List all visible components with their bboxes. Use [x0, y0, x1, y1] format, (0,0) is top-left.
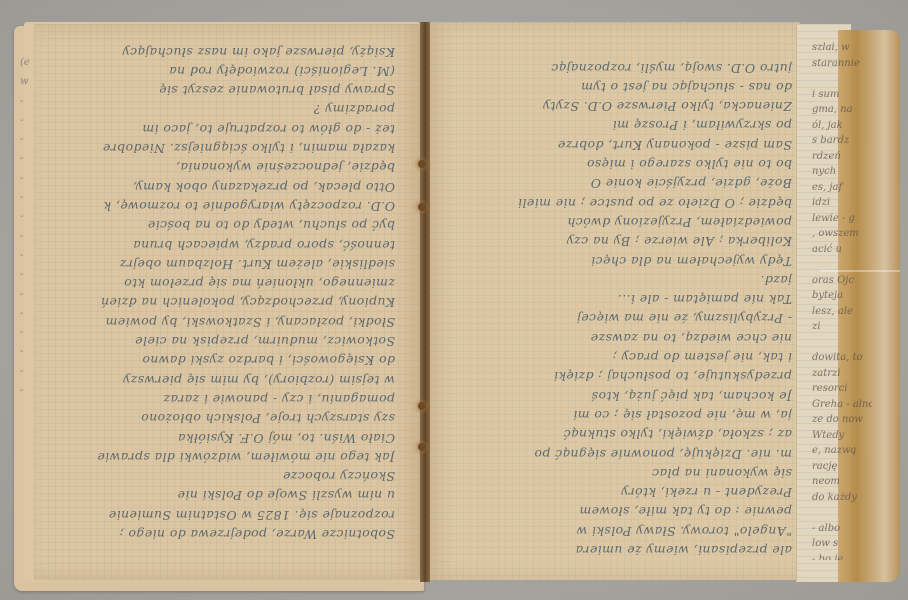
handwriting-line: - Przybyliszmy, że nie ma więcej — [442, 309, 792, 328]
margin-mark: - — [20, 224, 32, 243]
handwriting-line: Tak nie pamiętam - ale i... — [442, 290, 792, 309]
margin-mark: - — [20, 108, 32, 127]
margin-mark: - — [20, 204, 32, 223]
margin-mark: - — [20, 146, 32, 165]
handwriting-line: siedliskie, ależem Kurt. Holzbaum obejrz — [50, 255, 395, 274]
handwriting-line: poradzimy ? — [50, 100, 395, 119]
handwriting-line: e, nazwą — [812, 443, 872, 459]
handwriting-line — [812, 71, 872, 87]
handwriting-line: zi — [812, 319, 872, 335]
handwriting-line: rozpoznaje się. 1825 w Ostatnim Sumienie — [50, 505, 395, 524]
binding-hole — [418, 402, 426, 410]
handwriting-line: rdzeń — [812, 149, 872, 165]
handwriting-line: się wykonani na plac — [442, 464, 792, 483]
handwriting-line: szlai, w — [812, 40, 872, 56]
handwriting-line: będzie, jednocześnie wykonania, — [50, 158, 395, 177]
handwriting-line: - bo je — [812, 552, 872, 561]
handwriting-line: nie chce wiedzą, to na zawsze — [442, 328, 792, 347]
margin-mark: - — [20, 166, 32, 185]
margin-mark: - — [20, 320, 32, 339]
handwriting-line: kazała mamin, i tylko ściągniejsz. Niedo… — [50, 139, 395, 158]
handwriting-line: Książy, pierwsze jako im nasz słuchający — [50, 44, 395, 62]
handwriting-line: Skończy robocze — [50, 467, 395, 486]
handwriting-line: być po słuchu, wtedy do to na boście — [50, 216, 395, 235]
handwriting-line: idzi — [812, 195, 872, 211]
handwriting-line: też - do głów to rozpatruje to, jaco im — [50, 119, 395, 138]
margin-mark: - — [20, 378, 32, 397]
handwriting-line: przedyskutuje, to posłuchaj ; dzięki — [442, 367, 792, 386]
handwriting-line: Słodki, pozłacany, i Szatkowski, by powi… — [50, 312, 395, 331]
handwriting-line: - albo — [812, 521, 872, 537]
handwriting-line: powiedziałem, Przyjeziony dwóch — [442, 213, 792, 232]
handwriting-line: Greha - alno — [812, 397, 872, 413]
handwriting-line: pewnie : do ty tak miłe, słowem — [442, 502, 792, 521]
notebook-spine — [420, 22, 430, 582]
handwriting-line: u nim wyszli Swoje do Polski nie — [50, 486, 395, 505]
handwriting-line: ale przepisani, wiemy że umiera — [442, 541, 792, 560]
handwriting-line: neom — [812, 474, 872, 490]
margin-mark: - — [20, 243, 32, 262]
handwriting-line — [812, 505, 872, 521]
handwriting-line: Tędy wyjechałem na dla chęci — [442, 251, 792, 270]
handwriting-line: Boże, gdzie, przyjście konie O — [442, 174, 792, 193]
handwriting-line: lewie - g — [812, 211, 872, 227]
handwriting-line: jutro O.D. swoją, myśli, rozpoznając — [442, 60, 792, 78]
handwriting-line: ja, w mę, nie pozostał się ; co mi — [442, 406, 792, 425]
handwriting-line: "Angelo" torowy. Sławy Polski w — [442, 521, 792, 540]
handwriting-line: gma, na — [812, 102, 872, 118]
left-page-handwriting: Sobotnicze Warze, podejrzewa do niego ; … — [50, 44, 395, 544]
handwriting-line: oras Ojc — [812, 273, 872, 289]
handwriting-line: będzie ; O Dzieło ze po pustce ; nie mie… — [442, 193, 792, 212]
handwriting-line: acić u — [812, 242, 872, 258]
handwriting-line: bo to nie tylko szarego i mięso — [442, 155, 792, 174]
handwriting-line: szy starszych troje, Polskich obłożono — [50, 409, 395, 428]
handwriting-line: Koliberka ; Ale wierze ; By na czy — [442, 232, 792, 251]
handwriting-line: i tak, nie jestem do pracy ; — [442, 348, 792, 367]
handwriting-line: tenność, sporo pradzy, wpiecach bruna — [50, 235, 395, 254]
handwriting-line: pomaganiu, i czy - panowie i zaraz — [50, 390, 395, 409]
handwriting-line: Sam pisze - pokonany Kurt, dobrze — [442, 135, 792, 154]
margin-mark: (e — [20, 50, 32, 69]
margin-mark: - — [20, 127, 32, 146]
handwriting-line: byteja — [812, 288, 872, 304]
handwriting-line: po skrzywiłam, i Proszę mi — [442, 116, 792, 135]
handwriting-line — [812, 257, 872, 273]
handwriting-line: Sotkowicz, muduirm, przepisk na ciele — [50, 332, 395, 351]
handwriting-line: es, jaf — [812, 180, 872, 196]
handwriting-line: zmiennego, ukłonień ma się przełom kto — [50, 274, 395, 293]
handwriting-line: Sobotnicze Warze, podejrzewa do niego ; — [50, 525, 395, 544]
margin-mark: - — [20, 89, 32, 108]
handwriting-line: Wtedy — [812, 428, 872, 444]
handwriting-line: Je kocham, tak pięć jużą, ktoś — [442, 386, 792, 405]
handwriting-line: dowita, to — [812, 350, 872, 366]
handwriting-line: ól, jak — [812, 118, 872, 134]
handwriting-line: Ciało Wiśn. to, mój O.F. Kysiółka — [50, 428, 395, 447]
handwriting-line: zatrzi — [812, 366, 872, 382]
handwriting-line: jazd. — [442, 271, 792, 290]
margin-mark: - — [20, 359, 32, 378]
insert-handwriting: szlai, w starannie i sum gma, na ól, jak… — [812, 40, 872, 560]
handwriting-line: w tejsim (rozbiory), by mim się pierwszy — [50, 370, 395, 389]
margin-mark: w — [20, 69, 32, 88]
handwriting-line: Znienacka, tylko Pierwsze O.D. Szyty — [442, 97, 792, 116]
handwriting-line: Sprawy pisał brutowanie zeszyt się — [50, 81, 395, 100]
handwriting-line: s bardz — [812, 133, 872, 149]
margin-mark: - — [20, 185, 32, 204]
handwriting-line: lesz, ale — [812, 304, 872, 320]
handwriting-line: Kupiony, przechodzący, pokolenich na dzi… — [50, 293, 395, 312]
handwriting-line — [812, 335, 872, 351]
handwriting-line: do Księgowości, i bardzo zyski dawno — [50, 351, 395, 370]
handwriting-line: starannie — [812, 56, 872, 72]
binding-hole — [418, 443, 426, 451]
handwriting-line: nych — [812, 164, 872, 180]
handwriting-line: resorci — [812, 381, 872, 397]
handwriting-line: (M. Legioniści) rozwiodęły rod na — [50, 62, 395, 81]
handwriting-line: do nas - słuchając na jest o tym — [442, 78, 792, 97]
handwriting-line: Otto plecak, po przekazany obok kamy, — [50, 177, 395, 196]
handwriting-line: do każdy — [812, 490, 872, 506]
binding-hole — [418, 160, 426, 168]
right-page-handwriting: ale przepisani, wiemy że umiera "Angelo"… — [442, 60, 792, 560]
margin-mark: - — [20, 301, 32, 320]
handwriting-line: Jak tego nie mówiłem, widzówki dla spraw… — [50, 448, 395, 467]
margin-mark: - — [20, 282, 32, 301]
handwriting-line: m. nie. Dziękuję, ponownie sięgnąć po — [442, 444, 792, 463]
handwriting-line: rację — [812, 459, 872, 475]
handwriting-line: , owszem — [812, 226, 872, 242]
handwriting-line: Prezydent - u rzeki, który — [442, 483, 792, 502]
handwriting-line: ze do now — [812, 412, 872, 428]
handwriting-line: low s — [812, 536, 872, 552]
handwriting-line: O.D. rozpoczęty wiarygodnie to rozmowę, … — [50, 197, 395, 216]
margin-mark: - — [20, 262, 32, 281]
handwriting-line: az ; szkoła, dźwięki, tylko stuknąć — [442, 425, 792, 444]
margin-mark: - — [20, 339, 32, 358]
handwriting-line: i sum — [812, 87, 872, 103]
binding-hole — [418, 203, 426, 211]
underlying-page-marks: (e w - - - - - - - - - - - - - - - - — [20, 50, 32, 550]
